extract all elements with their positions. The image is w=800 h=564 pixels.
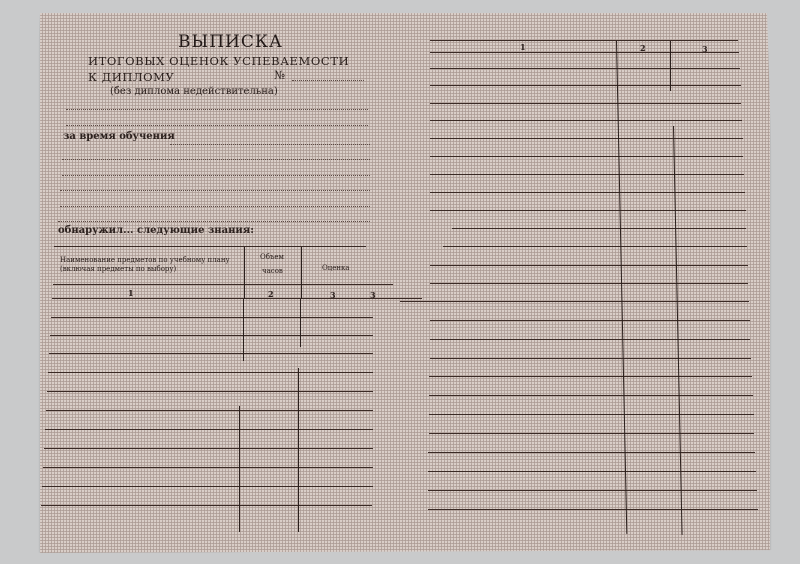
table-row (48, 372, 373, 373)
table-number-divider (52, 298, 422, 299)
diploma-label: К ДИПЛОМУ (88, 70, 174, 84)
table-row (430, 210, 746, 211)
table-top-border (54, 246, 366, 247)
table-col-divider-1-lower (239, 406, 240, 532)
table-col-divider-2-lower (298, 368, 299, 532)
validity-note: (без диплома недействительна) (110, 86, 278, 97)
table-col-divider-1-upper (243, 299, 244, 361)
column-number-1: 1 (128, 288, 134, 298)
table-row (429, 414, 754, 415)
study-period-label: за время обучения (63, 131, 175, 142)
table-row (430, 358, 751, 359)
table-row (41, 505, 372, 506)
table-row (429, 395, 753, 396)
table-row (400, 301, 749, 302)
number-label: № (274, 68, 285, 82)
table-row (50, 335, 373, 336)
table-row (430, 265, 748, 266)
table-row (430, 283, 748, 284)
table-row (42, 486, 373, 487)
study-field-line-3[interactable] (60, 189, 370, 191)
table-row (49, 353, 373, 354)
name-field-line-1[interactable] (66, 108, 368, 110)
table-row (430, 68, 740, 69)
table-row (46, 410, 373, 411)
table-row (430, 192, 745, 193)
table-row (47, 391, 373, 392)
table-row (428, 471, 756, 472)
grade-column-header: Оценка (322, 264, 350, 273)
table-row (428, 452, 755, 453)
hours-column-header-line1: Объем (260, 253, 284, 262)
subject-column-header: Наименование предметов по учебному плану… (60, 256, 240, 274)
table-row (430, 120, 742, 121)
table-row (452, 228, 746, 229)
right-table-col-divider-2-upper (670, 41, 671, 91)
document-subtitle: ИТОГОВЫХ ОЦЕНОК УСПЕВАЕМОСТИ (88, 54, 349, 68)
study-period-field[interactable] (170, 143, 370, 145)
table-row (430, 174, 744, 175)
table-row (430, 156, 743, 157)
hours-column-header-line2: часов (262, 267, 283, 276)
table-col-divider-2 (301, 247, 302, 299)
table-row (429, 376, 752, 377)
name-field-line-2[interactable] (66, 124, 368, 126)
table-row (430, 339, 750, 340)
table-row (430, 138, 743, 139)
right-column-number-1: 1 (520, 42, 526, 52)
right-table-top-border (430, 40, 738, 41)
number-field[interactable] (292, 79, 364, 81)
table-row (428, 509, 758, 510)
table-row (443, 246, 747, 247)
document-title: ВЫПИСКА (178, 32, 283, 52)
table-row (44, 448, 373, 449)
study-field-line-1[interactable] (62, 158, 370, 160)
table-header-divider (53, 284, 393, 285)
table-row (428, 490, 757, 491)
table-col-divider-1 (244, 247, 245, 299)
table-row (45, 429, 373, 430)
table-row (43, 467, 373, 468)
table-row (429, 433, 754, 434)
knowledge-label: обнаружил... следующие знания: (58, 225, 254, 236)
study-field-line-2[interactable] (62, 174, 370, 176)
table-row (430, 85, 741, 86)
table-row (430, 320, 750, 321)
study-field-line-4[interactable] (60, 205, 370, 207)
right-table-header-divider (430, 52, 739, 53)
table-col-divider-2-upper (300, 299, 301, 347)
table-row (51, 317, 373, 318)
study-field-line-5[interactable] (58, 220, 370, 222)
table-row (430, 103, 741, 104)
